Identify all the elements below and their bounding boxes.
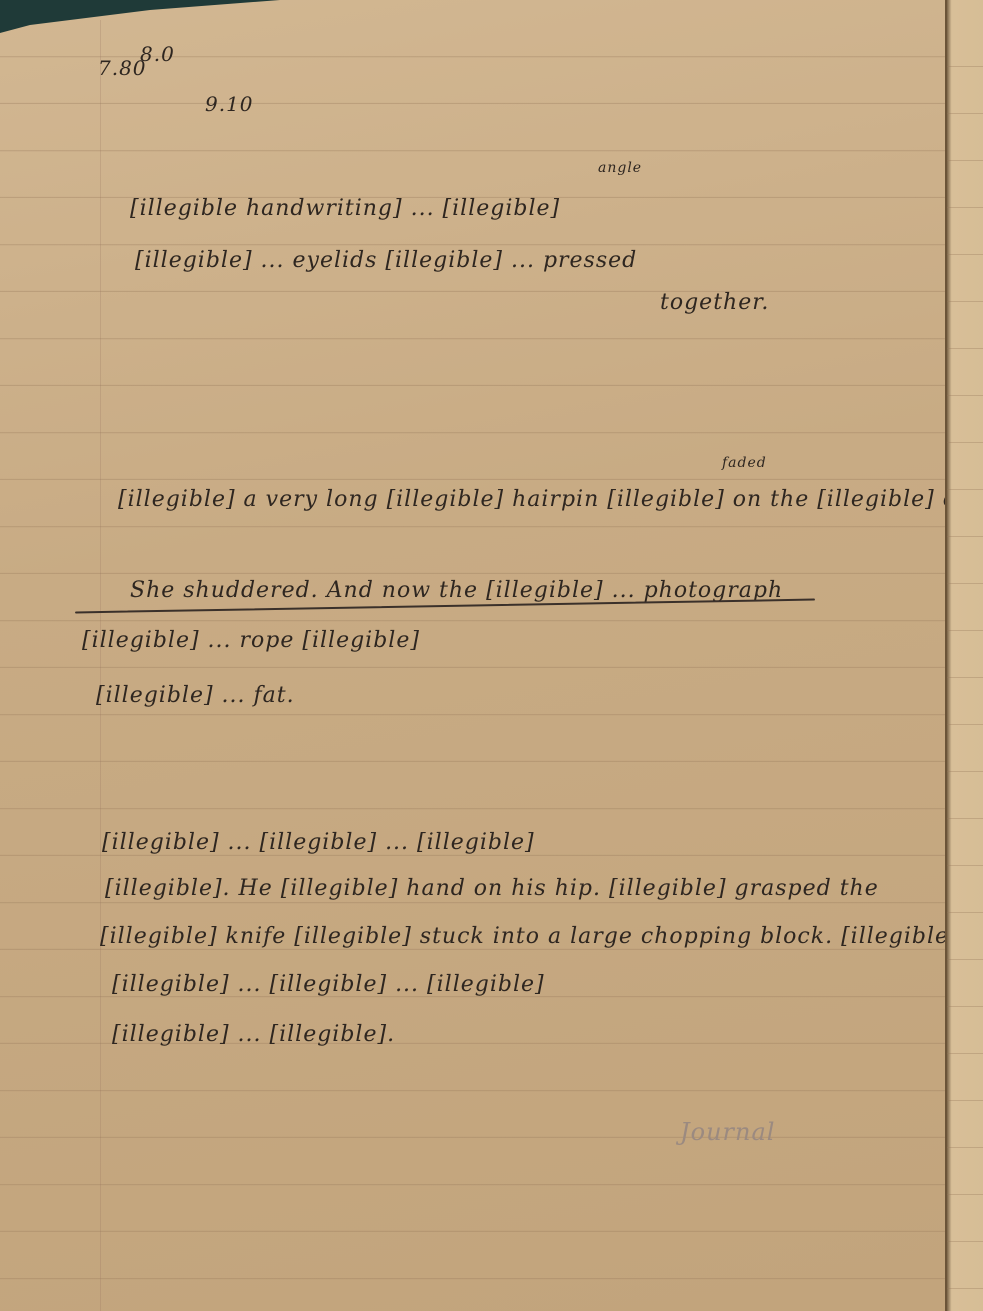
margin-time-3: 9.10 [205, 92, 254, 116]
para3-line1: She shuddered. And now the [illegible] .… [130, 578, 783, 603]
para4-line5: [illegible] ... [illegible]. [112, 1022, 395, 1047]
para4-line1: [illegible] ... [illegible] ... [illegib… [102, 830, 535, 855]
para1-line2: [illegible] ... eyelids [illegible] ... … [135, 248, 637, 273]
margin-time-2: 8.0 [140, 42, 175, 66]
para4-line3: [illegible] knife [illegible] stuck into… [100, 924, 959, 949]
insertion-angle: angle [598, 160, 642, 176]
para2-line1: [illegible] a very long [illegible] hair… [118, 487, 983, 512]
para1-line1: [illegible handwriting] ... [illegible] [130, 196, 560, 221]
para3-line3: [illegible] ... fat. [96, 683, 295, 708]
pencil-note-journal: Journal [680, 1118, 775, 1146]
para1-line3: together. [660, 290, 769, 315]
para4-line4: [illegible] ... [illegible] ... [illegib… [112, 972, 545, 997]
adjacent-page-lines [947, 0, 983, 1311]
para3-line2: [illegible] ... rope [illegible] [82, 628, 420, 653]
notebook-page: 7.80 8.0 9.10 angle [illegible handwriti… [0, 0, 945, 1311]
para4-line2: [illegible]. He [illegible] hand on his … [105, 876, 879, 901]
insertion-faded: faded [722, 455, 767, 471]
adjacent-page-edge [945, 0, 983, 1311]
margin-line [100, 20, 101, 1311]
